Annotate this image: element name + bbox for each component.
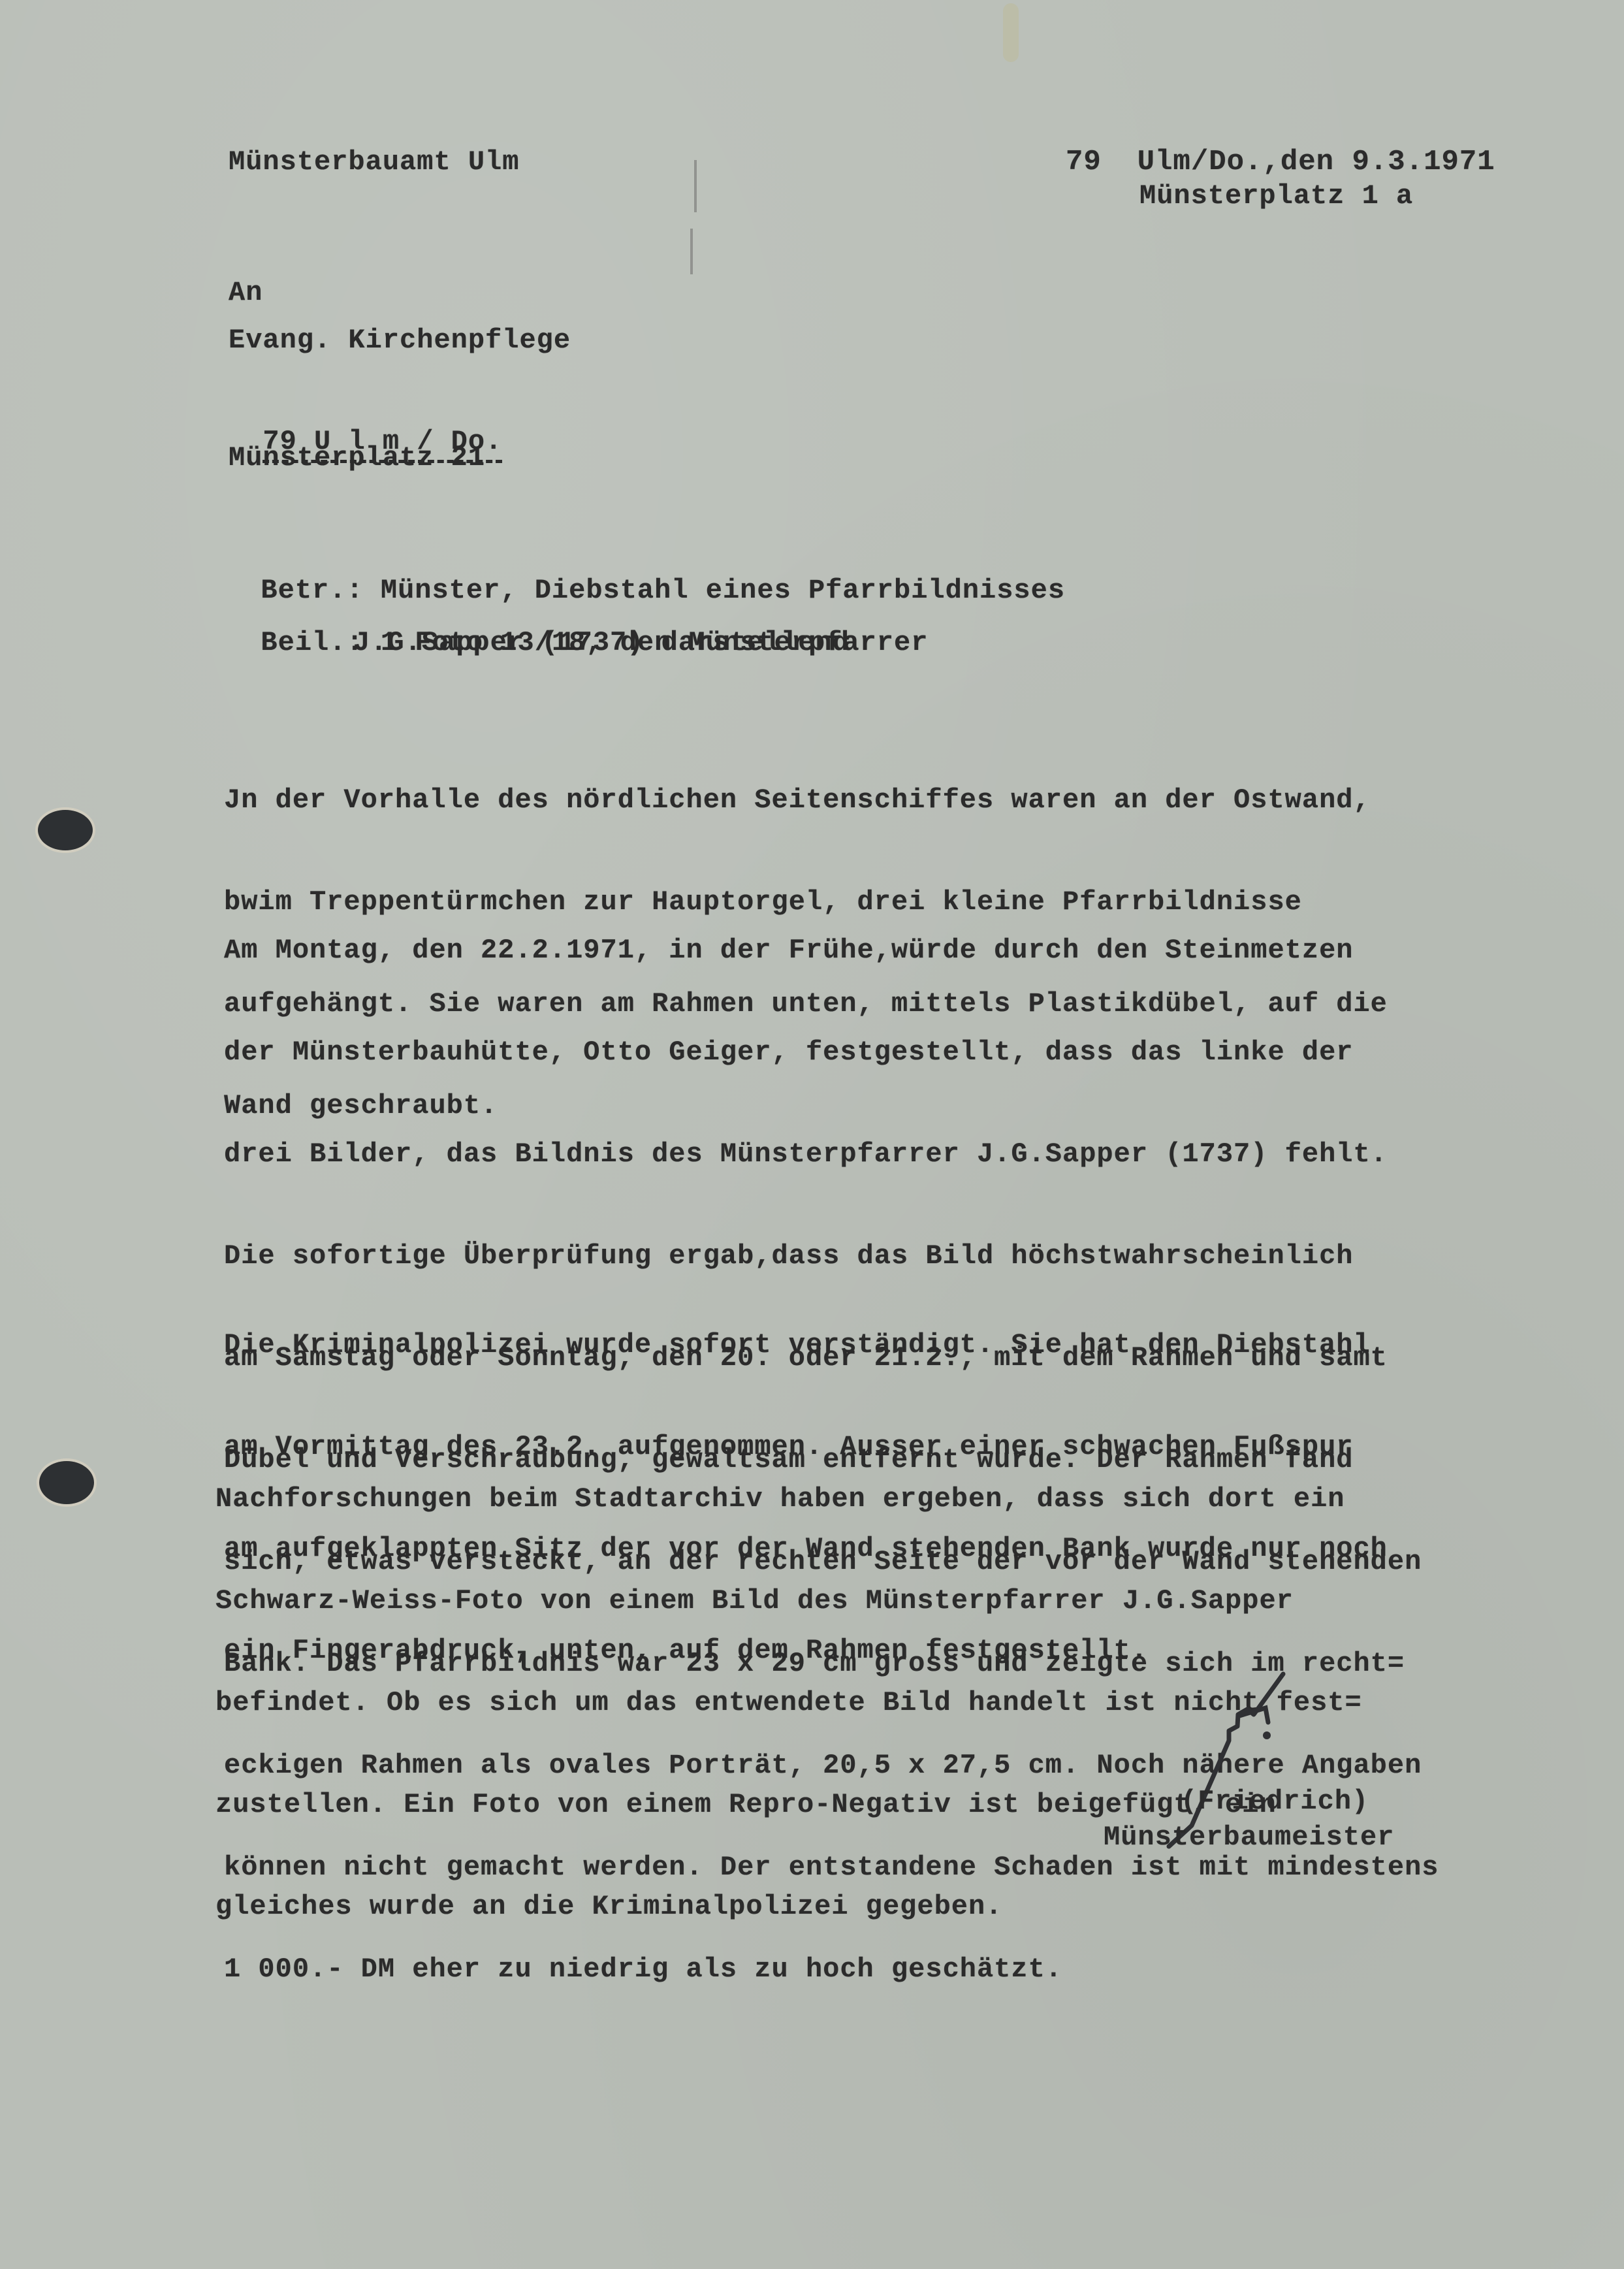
- dateline-address: Münsterplatz 1 a: [1139, 179, 1413, 213]
- body-line: Nachforschungen beim Stadtarchiv haben e…: [215, 1482, 1362, 1516]
- punch-hole-lower: [39, 1461, 94, 1504]
- body-line: der Münsterbauhütte, Otto Geiger, festge…: [224, 1035, 1439, 1069]
- body-line: drei Bilder, das Bildnis des Münsterpfar…: [224, 1137, 1439, 1171]
- body-line: Die Kriminalpolizei wurde sofort verstän…: [224, 1328, 1388, 1362]
- body-line: Jn der Vorhalle des nördlichen Seitensch…: [224, 783, 1388, 817]
- body-line: Am Montag, den 22.2.1971, in der Frühe,w…: [224, 933, 1439, 967]
- pencil-mark: [694, 160, 697, 212]
- body-line: Schwarz-Weiss-Foto von einem Bild des Mü…: [215, 1584, 1362, 1618]
- signatory-title: Münsterbaumeister: [1104, 1820, 1394, 1854]
- enclosure-line-2: J.G.Sapper (1737) darstellend: [353, 626, 850, 660]
- paper-stain: [1003, 3, 1019, 62]
- punch-hole-upper: [38, 810, 93, 850]
- recipient-street: Münsterplatz 21: [229, 441, 485, 475]
- enclosure-label: Beil.:: [261, 627, 363, 658]
- signatory-name: (Friedrich): [1181, 1784, 1369, 1818]
- sender-office: Münsterbauamt Ulm: [229, 145, 519, 179]
- pencil-mark: [690, 229, 693, 274]
- body-line: gleiches wurde an die Kriminalpolizei ge…: [215, 1890, 1362, 1923]
- recipient-name: Evang. Kirchenpflege: [229, 323, 571, 357]
- recipient-to: An: [229, 276, 263, 310]
- dateline-place-date: 79 Ulm/Do.,den 9.3.1971: [1066, 145, 1495, 179]
